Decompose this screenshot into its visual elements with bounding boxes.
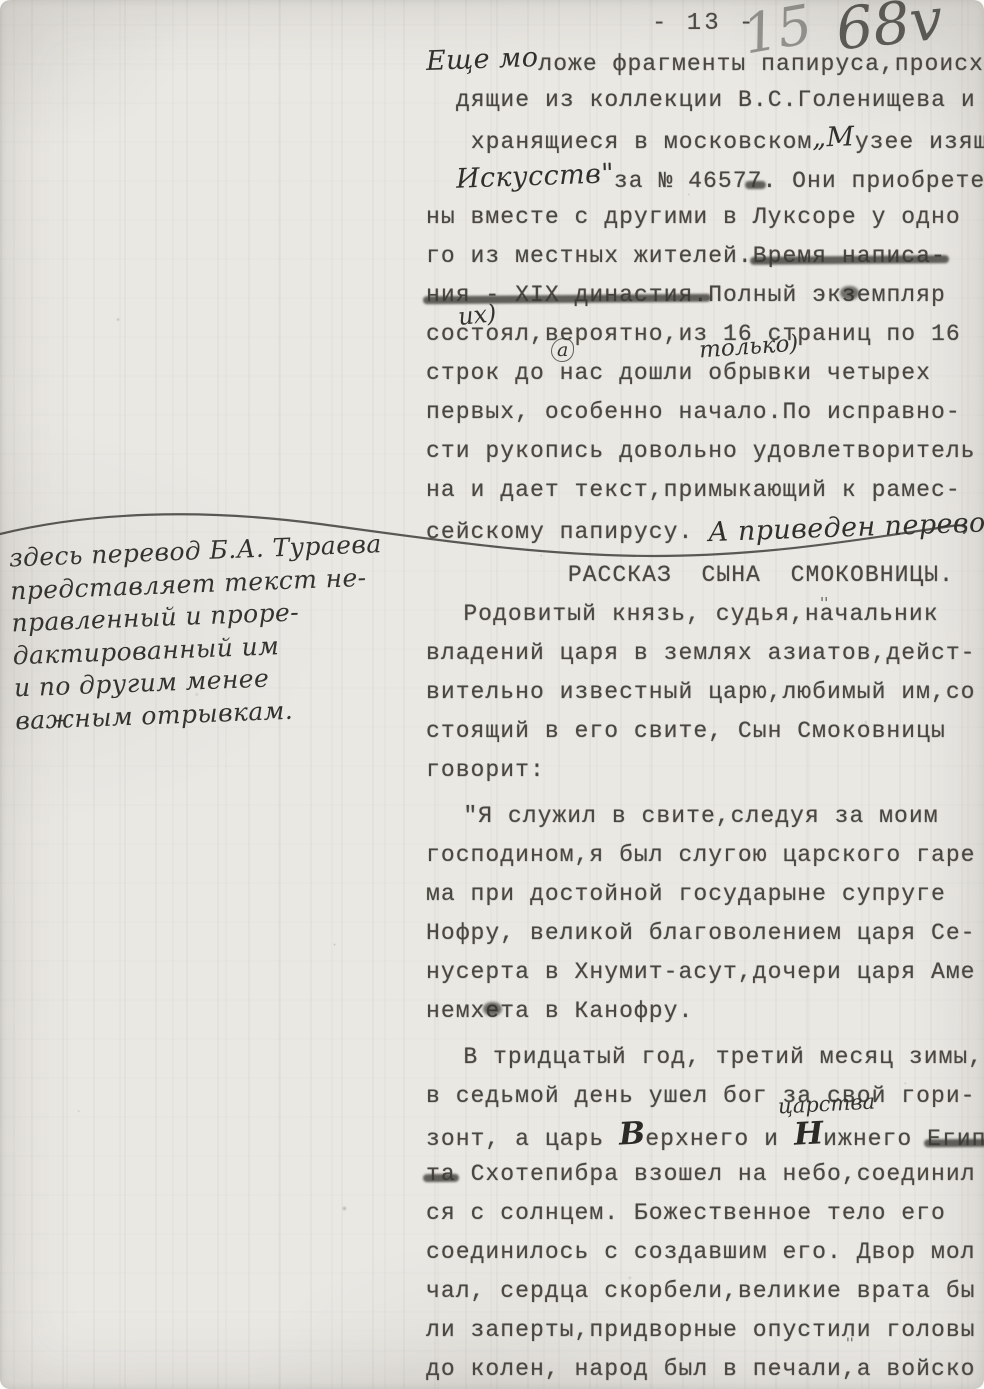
typescript-line: чал, сердца скорбели,великие врата бы bbox=[426, 1272, 982, 1311]
text-segment-typed: Схотепибра взошел на небо,соединил bbox=[456, 1161, 976, 1187]
text-segment-blot: з bbox=[842, 282, 857, 308]
text-segment-typed: немх bbox=[426, 998, 485, 1024]
typescript-line: Нофру, великой благоволением царя Се- bbox=[426, 914, 982, 953]
typescript-line: ны вместе с другими в Луксоре у одно bbox=[426, 198, 982, 237]
typescript-line: соединилось с создавшим его. Двор мол bbox=[426, 1233, 982, 1272]
text-segment-typed: до колен, народ был в печали,а войско bbox=[426, 1356, 976, 1382]
insertion-caret-mark: '' bbox=[820, 594, 828, 612]
text-segment-typed: сти рукопись довольно удовлетворитель bbox=[426, 438, 976, 464]
typescript-line: го из местных жителей.Время написа- bbox=[426, 237, 982, 276]
typescript-line: В тридцатый год, третий месяц зимы, bbox=[426, 1038, 982, 1077]
text-segment-typed: зонт, а царь bbox=[426, 1126, 619, 1152]
text-segment-hand: Искусств" bbox=[455, 154, 614, 198]
text-segment-typed: чал, сердца скорбели,великие врата бы bbox=[426, 1278, 976, 1304]
margin-note: здесь перевод Б.А. Тураева представляет … bbox=[8, 526, 455, 738]
text-segment-typed: ложе фрагменты папируса,происхо bbox=[538, 51, 984, 77]
text-segment-typed: состоял,вероятно,из 16 страниц по 16 bbox=[426, 321, 961, 347]
text-segment-blot: е bbox=[485, 998, 500, 1024]
text-segment-typed: Родовитый князь, судья,начальник bbox=[463, 601, 938, 627]
text-segment-typed: за № 4657 bbox=[614, 168, 748, 194]
text-segment-typed: говорит: bbox=[426, 757, 545, 783]
typescript-line: хранящиеся в московском„Музее изящных bbox=[426, 120, 982, 159]
typescript-line: вительно известный царю,любимый им,со bbox=[426, 673, 982, 712]
text-segment-typed: емпляр bbox=[857, 282, 946, 308]
text-segment-typed: ся с солнцем. Божественное тело его bbox=[426, 1200, 946, 1226]
text-segment-hand: „М bbox=[812, 117, 856, 157]
text-segment-typed: узее изящн bbox=[855, 129, 984, 155]
typescript-line: нусерта в Хнумит-асут,дочери царя Аме bbox=[426, 953, 982, 992]
typescript-line: Еще моложе фрагменты папируса,происхо bbox=[426, 42, 982, 81]
text-segment-typed: строк до нас дошли обрывки четырех bbox=[426, 360, 931, 386]
text-segment-typed: вительно известный царю,любимый им,со bbox=[426, 679, 976, 705]
text-segment-typed: "Я служил в свите,следуя за моим bbox=[463, 803, 938, 829]
text-segment-struck: 7 bbox=[748, 168, 763, 194]
typescript-line: та Схотепибра взошел на небо,соединил bbox=[426, 1155, 982, 1194]
text-segment-typed: в седьмой день ушел бог за свой гори- bbox=[426, 1083, 976, 1109]
text-segment-typed: РАССКАЗ СЫНА СМОКОВНИЦЫ. bbox=[568, 562, 954, 588]
typescript-line: первых, особенно начало.По исправно- bbox=[426, 393, 982, 432]
text-segment-struck: Время написа- bbox=[753, 243, 946, 269]
typescript-line: Искусств"за № 46577. Они приобрете- bbox=[426, 159, 982, 198]
text-segment-struck: Егип- bbox=[927, 1126, 984, 1152]
typescript-line: в седьмой день ушел бог за свой гори- bbox=[426, 1077, 982, 1116]
text-segment-handcap: Н bbox=[793, 1114, 824, 1154]
typescript-column: Еще моложе фрагменты папируса,происходящ… bbox=[426, 42, 982, 1389]
typescript-line: дящие из коллекции В.С.Голенищева и bbox=[426, 81, 982, 120]
text-segment-handcap: В bbox=[618, 1114, 646, 1154]
handwritten-insertion-ih: их) bbox=[457, 299, 498, 331]
typescript-line: владений царя в землях азиатов,дейст- bbox=[426, 634, 982, 673]
typescript-line: на и дает текст,примыкающий к рамес- bbox=[426, 471, 982, 510]
text-segment-typed: стоящий в его свите, Сын Смоковницы bbox=[426, 718, 946, 744]
text-segment-hand: А приведен перевод bbox=[708, 503, 984, 552]
text-segment-typed: Полный эк bbox=[708, 282, 842, 308]
text-segment-typed: В тридцатый год, третий месяц зимы, bbox=[463, 1044, 983, 1070]
handwritten-insertion-tsarstva: царства bbox=[777, 1089, 875, 1118]
typescript-line: "Я служил в свите,следуя за моим bbox=[426, 797, 982, 836]
text-segment-typed: на и дает текст,примыкающий к рамес- bbox=[426, 477, 961, 503]
text-segment-typed: ны вместе с другими в Луксоре у одно bbox=[426, 204, 961, 230]
text-segment-typed: нусерта в Хнумит-асут,дочери царя Аме bbox=[426, 959, 976, 985]
text-segment-typed: го из местных жителей. bbox=[426, 243, 753, 269]
typescript-line: ли заперты,придворные опустили головы bbox=[426, 1311, 982, 1350]
typescript-line: до колен, народ был в печали,а войско bbox=[426, 1350, 982, 1389]
text-segment-typed: ма при достойной государыне супруге bbox=[426, 881, 946, 907]
typescript-line: сти рукопись довольно удовлетворитель bbox=[426, 432, 982, 471]
text-segment-typed: . Они приобрете- bbox=[762, 168, 984, 194]
text-segment-typed: владений царя в землях азиатов,дейст- bbox=[426, 640, 976, 666]
insertion-caret-mark: '' bbox=[846, 1336, 854, 1352]
text-segment-hand: Еще мо bbox=[425, 38, 539, 81]
scanned-typescript-page: - 13 - 15 68v Еще моложе фрагменты папир… bbox=[0, 0, 984, 1389]
typescript-line: немхета в Канофру. bbox=[426, 992, 982, 1031]
typescript-line: РАССКАЗ СЫНА СМОКОВНИЦЫ. bbox=[426, 556, 982, 595]
text-segment-typed: господином,я был слугою царского гаре bbox=[426, 842, 976, 868]
typescript-line: говорит: bbox=[426, 751, 982, 790]
text-segment-typed: ли заперты,придворные опустили головы bbox=[426, 1317, 976, 1343]
text-segment-typed: ерхнего и bbox=[645, 1126, 794, 1152]
typescript-line: господином,я был слугою царского гаре bbox=[426, 836, 982, 875]
text-segment-typed: соединилось с создавшим его. Двор мол bbox=[426, 1239, 976, 1265]
typescript-line: зонт, а царь Верхнего и Нижнего Егип- bbox=[426, 1116, 982, 1155]
typescript-line: ма при достойной государыне супруге bbox=[426, 875, 982, 914]
text-segment-typed: Нофру, великой благоволением царя Се- bbox=[426, 920, 976, 946]
typescript-line: Родовитый князь, судья,начальник bbox=[426, 595, 982, 634]
typescript-line: ся с солнцем. Божественное тело его bbox=[426, 1194, 982, 1233]
text-segment-struck: та bbox=[426, 1161, 456, 1187]
text-segment-typed: первых, особенно начало.По исправно- bbox=[426, 399, 961, 425]
text-segment-typed: та в Канофру. bbox=[500, 998, 693, 1024]
text-segment-typed: дящие из коллекции В.С.Голенищева и bbox=[456, 87, 976, 113]
text-segment-typed: хранящиеся в московском bbox=[471, 129, 813, 155]
typescript-line: стоящий в его свите, Сын Смоковницы bbox=[426, 712, 982, 751]
typescript-line: сейскому папирусу. А приведен перевод bbox=[426, 510, 982, 549]
text-segment-typed: ижнего bbox=[823, 1126, 927, 1152]
typescript-line: ния - XIX династия.Полный экземпляр bbox=[426, 276, 982, 315]
text-segment-typed: сейскому папирусу. bbox=[426, 519, 708, 545]
